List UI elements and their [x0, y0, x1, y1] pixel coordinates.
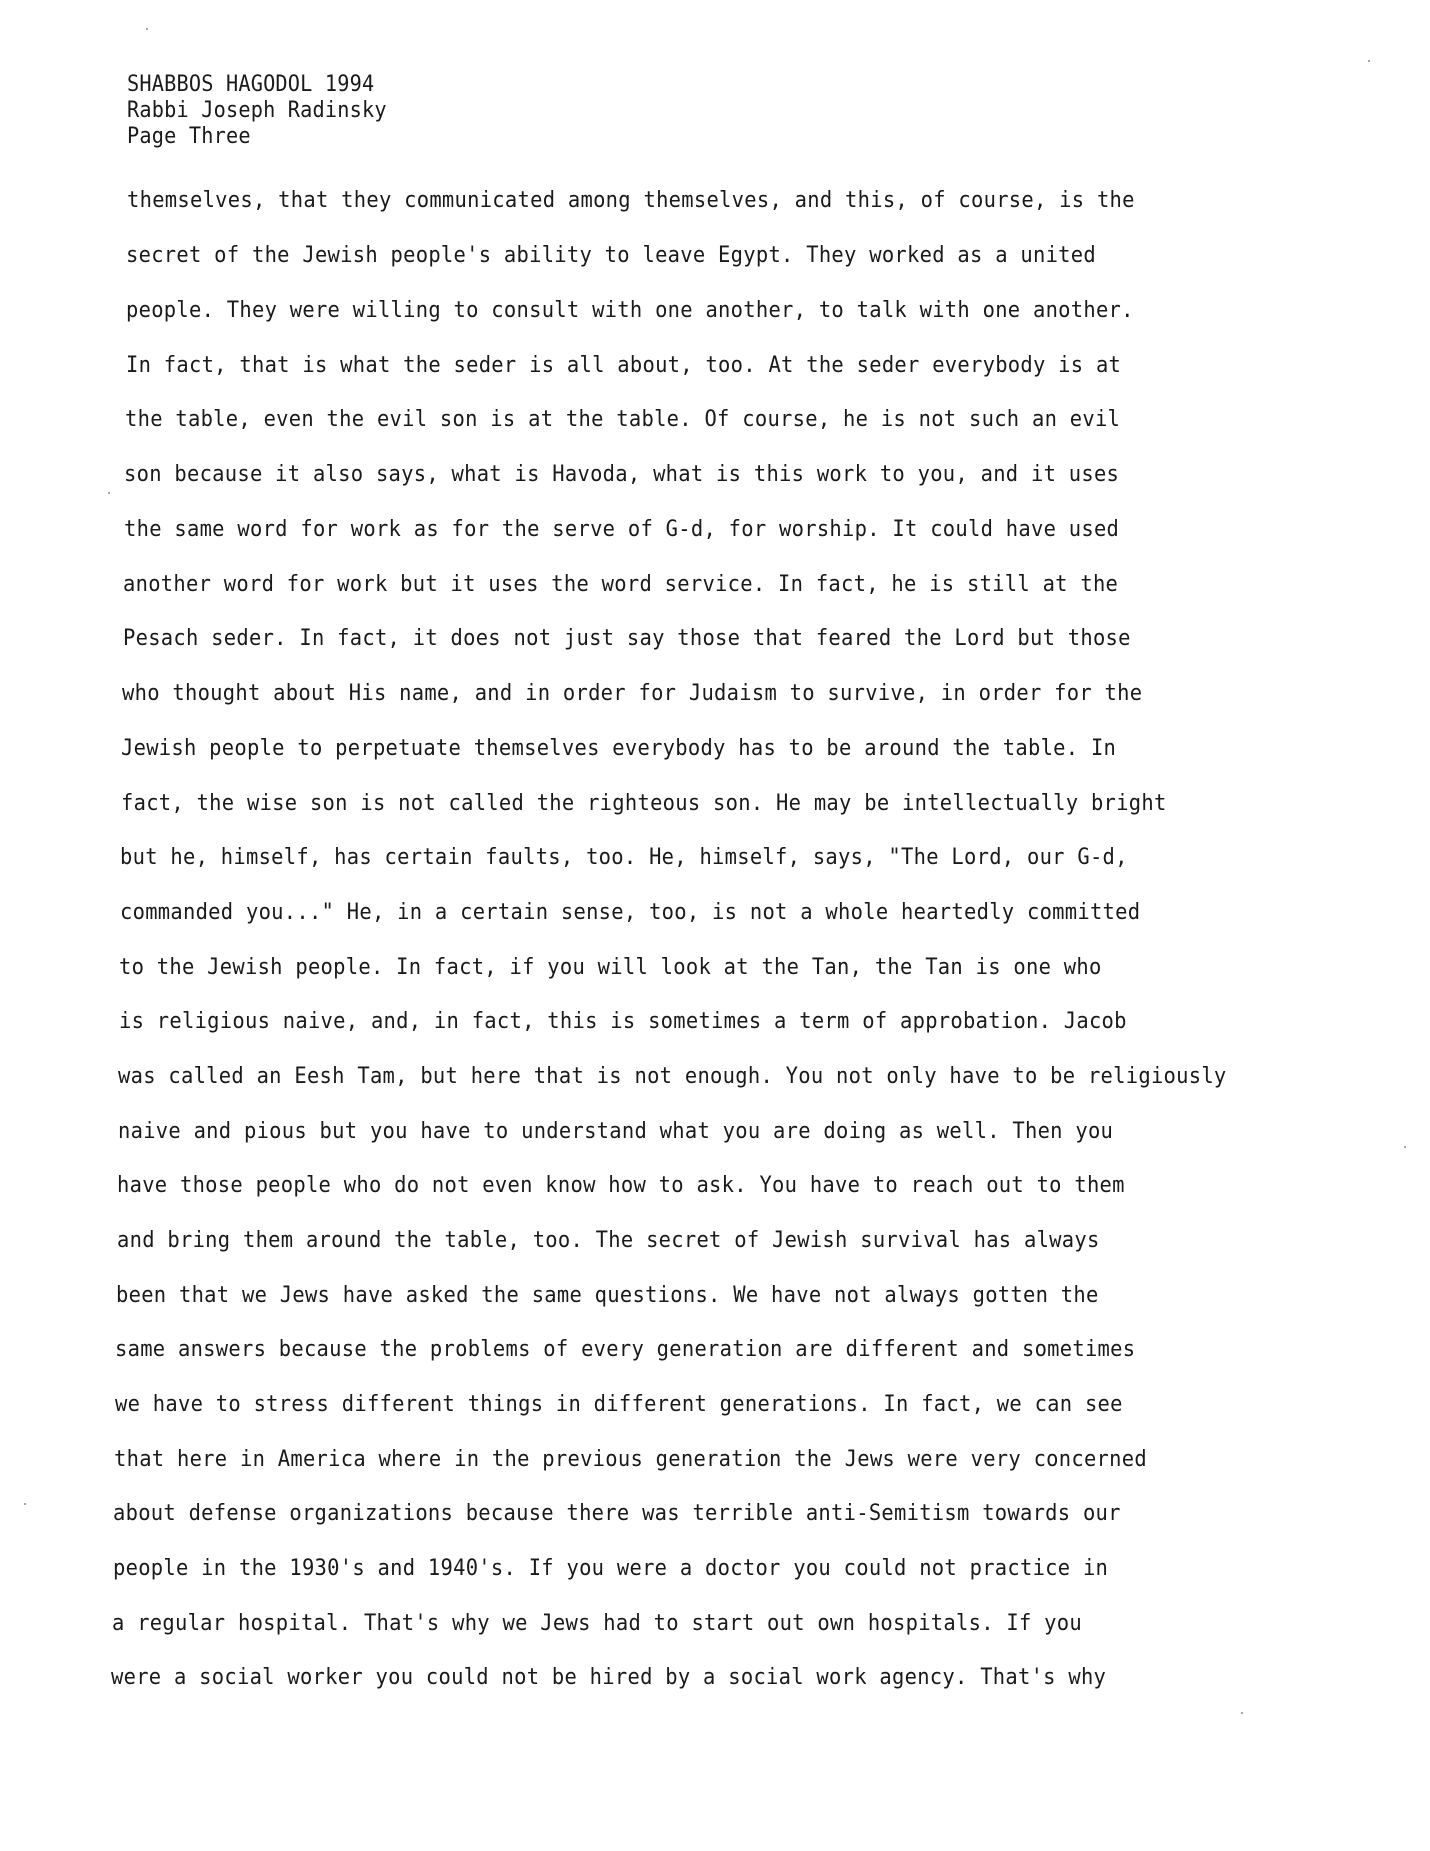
document-author: Rabbi Joseph Radinsky [127, 98, 387, 124]
body-line: fact, the wise son is not called the rig… [121, 791, 1167, 817]
document-title: SHABBOS HAGODOL 1994 [127, 72, 387, 98]
body-line: son because it also says, what is Havoda… [124, 462, 1119, 488]
body-line: commanded you..." He, in a certain sense… [120, 900, 1140, 926]
document-page: SHABBOS HAGODOL 1994 Rabbi Joseph Radins… [0, 0, 1430, 1851]
scan-speck [1404, 1146, 1406, 1148]
scan-speck [1241, 1712, 1243, 1714]
body-line: themselves, that they communicated among… [127, 188, 1135, 214]
body-line: about defense organizations because ther… [113, 1501, 1121, 1527]
body-line: the table, even the evil son is at the t… [125, 407, 1120, 433]
scan-speck [24, 1503, 26, 1505]
body-line: In fact, that is what the seder is all a… [126, 353, 1121, 379]
body-line: people in the 1930's and 1940's. If you … [113, 1556, 1108, 1582]
body-line: Jewish people to perpetuate themselves e… [121, 736, 1116, 762]
body-line: been that we Jews have asked the same qu… [116, 1283, 1099, 1309]
body-line: but he, himself, has certain faults, too… [120, 845, 1128, 871]
scan-speck [108, 492, 110, 494]
body-line: same answers because the problems of eve… [115, 1337, 1135, 1363]
scan-speck [146, 28, 148, 30]
document-header: SHABBOS HAGODOL 1994 Rabbi Joseph Radins… [127, 72, 387, 150]
body-line: we have to stress different things in di… [115, 1392, 1123, 1418]
body-line: who thought about His name, and in order… [122, 681, 1142, 707]
body-line: people. They were willing to consult wit… [126, 298, 1134, 324]
body-line: Pesach seder. In fact, it does not just … [123, 626, 1131, 652]
body-line: was called an Eesh Tam, but here that is… [118, 1064, 1227, 1090]
body-line: that here in America where in the previo… [114, 1447, 1147, 1473]
scan-speck [1368, 60, 1370, 62]
body-line: and bring them around the table, too. Th… [117, 1228, 1100, 1254]
body-line: another word for work but it uses the wo… [123, 572, 1118, 598]
body-line: were a social worker you could not be hi… [111, 1665, 1106, 1691]
body-line: have those people who do not even know h… [117, 1173, 1125, 1199]
body-line: secret of the Jewish people's ability to… [126, 243, 1096, 269]
body-line: is religious naive, and, in fact, this i… [119, 1009, 1127, 1035]
body-line: the same word for work as for the serve … [124, 517, 1119, 543]
body-line: naive and pious but you have to understa… [118, 1119, 1113, 1145]
body-line: to the Jewish people. In fact, if you wi… [119, 955, 1102, 981]
body-line: a regular hospital. That's why we Jews h… [112, 1611, 1082, 1637]
page-label: Page Three [127, 124, 387, 150]
